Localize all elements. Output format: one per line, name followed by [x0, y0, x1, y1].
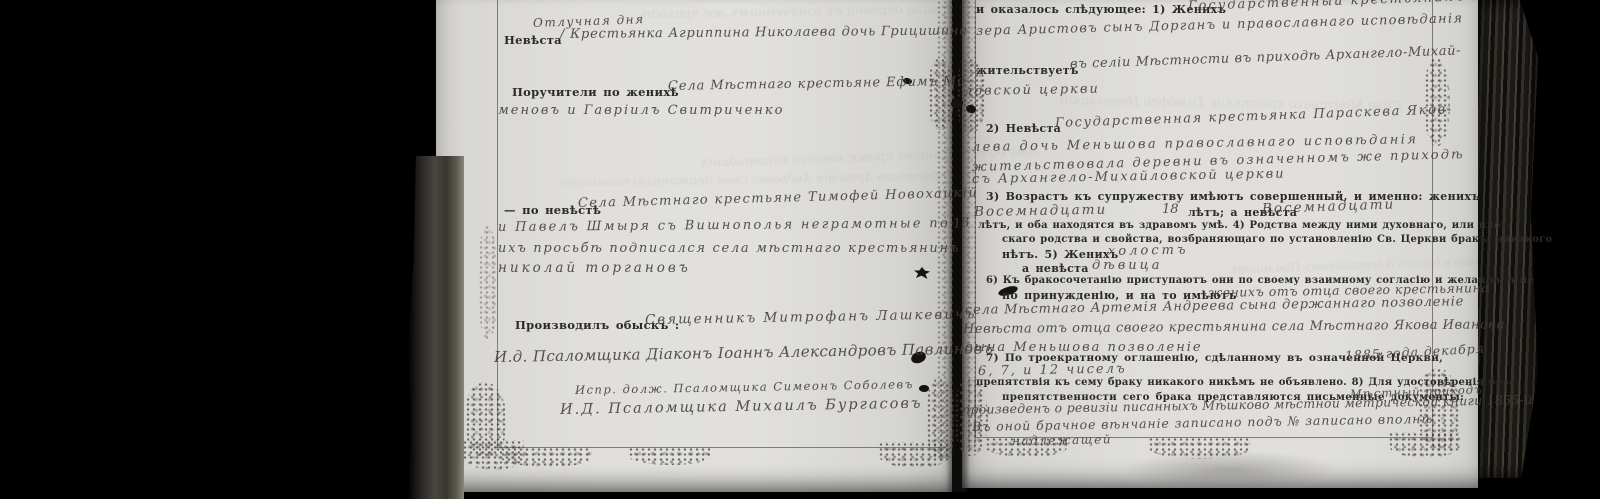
bride-label: Невѣста: [504, 33, 562, 47]
residence-handwritten-2: ловской церкви: [964, 82, 1100, 99]
floral-swag-icon: [628, 447, 710, 465]
groom-age-number-handwritten: 18: [1162, 202, 1179, 217]
groom-status-handwritten: холостъ: [1108, 243, 1189, 259]
guarantors-groom-label: Поручители по женихѣ: [512, 85, 679, 99]
item3-age-label: 3) Возрастъ къ супружеству имѣютъ соверш…: [986, 190, 1480, 203]
scanned-register-spread: жительствовала деревни въ означенномъ же…: [0, 0, 1600, 499]
guarantors-bride-signature: николай торгановъ: [498, 260, 691, 276]
item5-bride-label: а невѣста: [1022, 262, 1089, 275]
groom-age-word-handwritten: Восемнадцати: [974, 202, 1108, 220]
item4-line2-label: скаго родства и свойства, возбраняющаго …: [1002, 234, 1552, 245]
floral-swag-icon: [1388, 432, 1460, 458]
floral-cluster-icon: [928, 58, 954, 130]
floral-corner-icon: [954, 378, 988, 456]
item2-bride-label: 2) Невѣста: [986, 122, 1061, 135]
guarantors-bride-handwritten-3: ихъ просьбѣ подписался села мѣстнаго кре…: [498, 241, 960, 256]
bride-age-number-handwritten: 18: [952, 215, 970, 232]
floral-swag-icon: [878, 442, 950, 468]
item8-handwritten-4: надлежащей: [1012, 432, 1112, 448]
residence-label: жительствуетъ: [976, 64, 1079, 77]
floral-swag-icon: [500, 447, 592, 467]
item3-line2-label: лѣтъ, и оба находятся въ здравомъ умѣ. 4…: [978, 220, 1511, 231]
floral-cluster-icon: [478, 225, 498, 340]
left-page-torn-edge: [408, 156, 464, 499]
bride-status-handwritten: дѣвица: [1092, 258, 1162, 273]
floral-swag-icon: [1148, 437, 1250, 459]
guarantors-groom-handwritten-2: меновъ и Гавріилъ Свитриченко: [498, 103, 784, 118]
